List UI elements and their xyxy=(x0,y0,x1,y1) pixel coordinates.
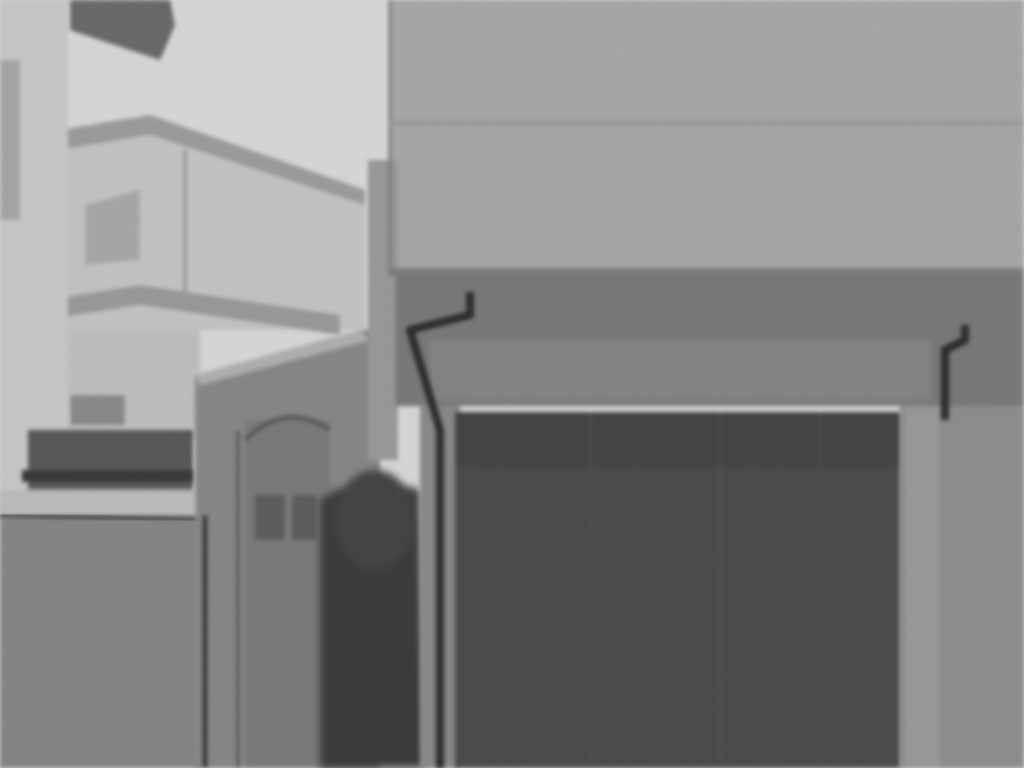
balcony xyxy=(0,430,195,518)
front-wall xyxy=(0,515,200,768)
ivy xyxy=(320,470,425,768)
photo-scene xyxy=(0,0,1024,768)
photo-illustration xyxy=(0,0,1024,768)
garage-door xyxy=(455,412,900,768)
